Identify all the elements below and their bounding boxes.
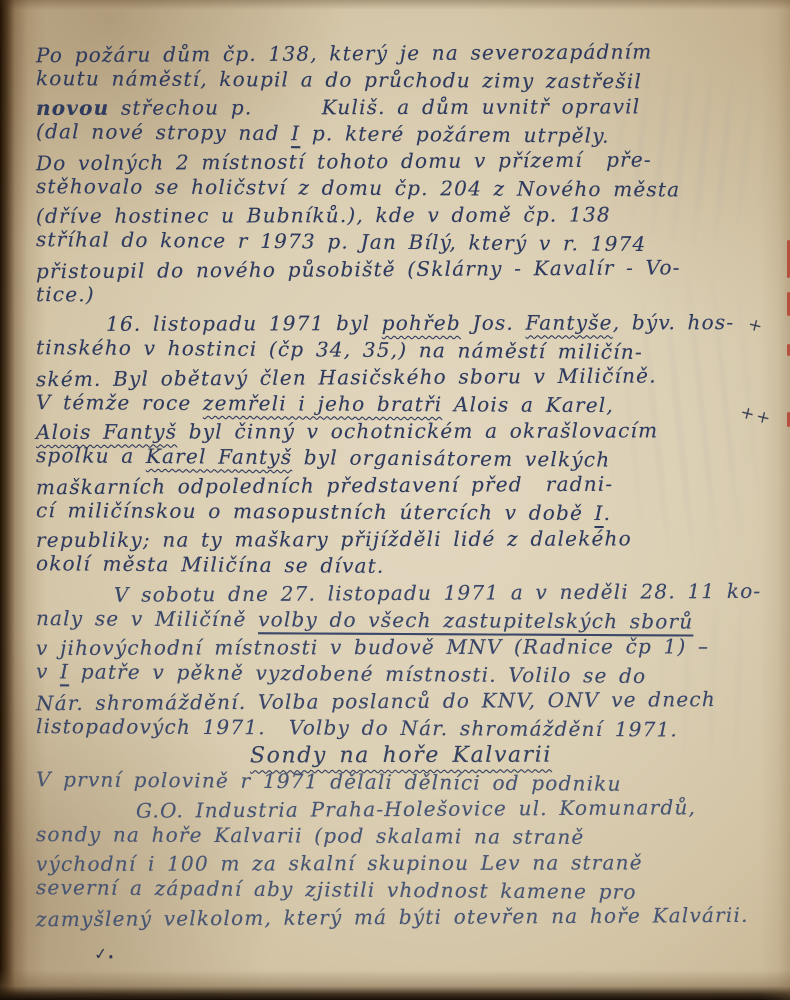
handwriting-segment: v jihovýchodní místnosti v budově MNV (R… <box>36 634 709 660</box>
manuscript-text: Po požáru dům čp. 138, který je na sever… <box>36 40 766 931</box>
handwriting-segment: tinského v hostinci (čp 34, 35,) na námě… <box>36 335 643 364</box>
section-heading: Sondy na hoře Kalvarii <box>36 741 766 770</box>
handwriting-segment: V témže roce <box>36 390 203 415</box>
handwriting-segment: stříhal do konce r 1973 p. Jan Bílý, kte… <box>36 227 647 256</box>
handwriting-segment: maškarních odpoledních představení před … <box>36 472 613 500</box>
manuscript-line: (dříve hostinec u Bubníků.), kde v domě … <box>36 201 766 230</box>
handwriting-segment: spolku a <box>36 443 146 468</box>
handwriting-segment: střechou p. Kuliš. a dům uvnitř opravil <box>109 94 640 119</box>
handwriting-segment: V první polovině r 1971 dělali dělníci o… <box>36 767 622 796</box>
manuscript-line: naly se v Miličíně volby do všech zastup… <box>36 605 766 636</box>
handwriting-segment: pohřeb <box>382 311 461 335</box>
manuscript-line: V sobotu dne 27. listopadu 1971 a v nedě… <box>36 578 766 609</box>
manuscript-line: přistoupil do nového působiště (Sklárny … <box>36 254 766 285</box>
handwriting-segment: V sobotu dne 27. listopadu 1971 a v nedě… <box>114 579 761 607</box>
handwriting-segment: byl organisátorem velkých <box>292 445 610 471</box>
manuscript-line: cí miličínskou o masopustních útercích v… <box>36 497 766 528</box>
handwriting-segment: sondy na hoře Kalvarii (pod skalami na s… <box>36 822 585 849</box>
handwriting-segment: koutu náměstí, koupil a do průchodu zimy… <box>36 66 642 93</box>
handwriting-segment: zamyšlený velkolom, který má býti otevře… <box>36 903 749 931</box>
manuscript-line: Alois Fantyš byl činný v ochotnickém a o… <box>36 417 766 446</box>
handwriting-segment: cí miličínskou o masopustních útercích v… <box>36 498 595 525</box>
chronicle-page: Po požáru dům čp. 138, který je na sever… <box>0 0 790 1000</box>
manuscript-line: v jihovýchodní místnosti v budově MNV (R… <box>36 633 766 662</box>
manuscript-line: ském. Byl obětavý člen Hasičského sboru … <box>36 362 766 393</box>
handwriting-segment: Karel Fantyš <box>146 444 293 469</box>
manuscript-line: Nár. shromáždění. Volba poslanců do KNV,… <box>36 686 766 717</box>
page-right-edge-shadow <box>760 0 790 1000</box>
handwriting-segment: I <box>60 659 69 683</box>
handwriting-segment: východní i 100 m za skalní skupinou Lev … <box>36 850 643 876</box>
handwriting-segment: Fantyše <box>525 310 612 334</box>
manuscript-line: 16. listopadu 1971 byl pohřeb Jos. Fanty… <box>36 309 766 338</box>
manuscript-line: novou střechou p. Kuliš. a dům uvnitř op… <box>36 93 766 122</box>
handwriting-segment: novou <box>36 96 109 120</box>
manuscript-line: listopadových 1971. Volby do Nár. shromá… <box>36 713 766 744</box>
manuscript-line: Po požáru dům čp. 138, který je na sever… <box>36 38 766 69</box>
handwriting-segment: G.O. Industria Praha-Holešovice ul. Komu… <box>136 795 696 822</box>
manuscript-line: východní i 100 m za skalní skupinou Lev … <box>36 849 766 878</box>
book-gutter-shadow <box>0 0 46 1000</box>
handwriting-segment: listopadových 1971. Volby do Nár. shromá… <box>36 714 678 741</box>
manuscript-line: stěhovalo se holičství z domu čp. 204 z … <box>36 173 766 204</box>
handwriting-segment: ském. Byl obětavý člen Hasičského sboru … <box>36 363 657 391</box>
check-mark: ✓. <box>93 943 114 964</box>
handwriting-segment: okolí města Miličína se dívat. <box>36 551 385 578</box>
handwriting-segment: zemřeli i jeho bratři <box>203 391 443 416</box>
manuscript-line: sondy na hoře Kalvarii (pod skalami na s… <box>36 821 766 852</box>
handwriting-segment: I <box>595 501 604 525</box>
manuscript-line: tice.) <box>36 281 766 312</box>
handwriting-segment: 16. listopadu 1971 byl <box>106 311 382 336</box>
handwriting-segment: Nár. shromáždění. Volba poslanců do KNV,… <box>36 687 716 715</box>
handwriting-segment: stěhovalo se holičství z domu čp. 204 z … <box>36 174 680 201</box>
handwriting-segment: (dal nové stropy nad <box>36 119 291 145</box>
handwriting-segment: Jos. <box>461 311 526 335</box>
handwriting-segment: severní a západní aby zjistili vhodnost … <box>36 875 637 904</box>
manuscript-line: maškarních odpoledních představení před … <box>36 470 766 501</box>
handwriting-segment: (dříve hostinec u Bubníků.), kde v domě … <box>36 202 611 228</box>
handwriting-segment: . <box>604 501 612 525</box>
handwriting-segment: naly se v Miličíně <box>36 606 258 631</box>
manuscript-line: G.O. Industria Praha-Holešovice ul. Komu… <box>36 794 766 825</box>
handwriting-segment: byl činný v ochotnickém a okrašlovacím <box>177 418 658 443</box>
manuscript-line: V témže roce zemřeli i jeho bratři Alois… <box>36 389 766 420</box>
handwriting-segment: Po požáru dům čp. 138, který je na sever… <box>36 39 653 67</box>
manuscript-line: Do volných 2 místností tohoto domu v pří… <box>36 146 766 177</box>
manuscript-line: republiky; na ty maškary přijížděli lidé… <box>36 525 766 554</box>
handwriting-segment: Sondy na hoře Kalvarii <box>250 743 552 769</box>
handwriting-segment: p. které požárem utrpěly. <box>300 121 610 147</box>
handwriting-segment: Alois a Karel, <box>442 392 614 417</box>
manuscript-line: koutu náměstí, koupil a do průchodu zimy… <box>36 65 766 96</box>
handwriting-segment: Do volných 2 místností tohoto domu v pří… <box>36 147 652 175</box>
handwriting-segment: volby do všech zastupitelských sborů <box>258 607 693 633</box>
manuscript-line: zamyšlený velkolom, který má býti otevře… <box>36 902 766 933</box>
handwriting-segment: , býv. hos- <box>613 310 735 334</box>
page-top-edge-shadow <box>0 0 790 10</box>
handwriting-segment: přistoupil do nového působiště (Sklárny … <box>36 255 681 283</box>
page-bottom-edge-shadow <box>0 970 790 1000</box>
handwriting-segment: Alois Fantyš <box>36 420 177 444</box>
handwriting-segment: patře v pěkně vyzdobené místnosti. Volil… <box>69 659 646 688</box>
handwriting-segment: republiky; na ty maškary přijížděli lidé… <box>36 526 632 552</box>
